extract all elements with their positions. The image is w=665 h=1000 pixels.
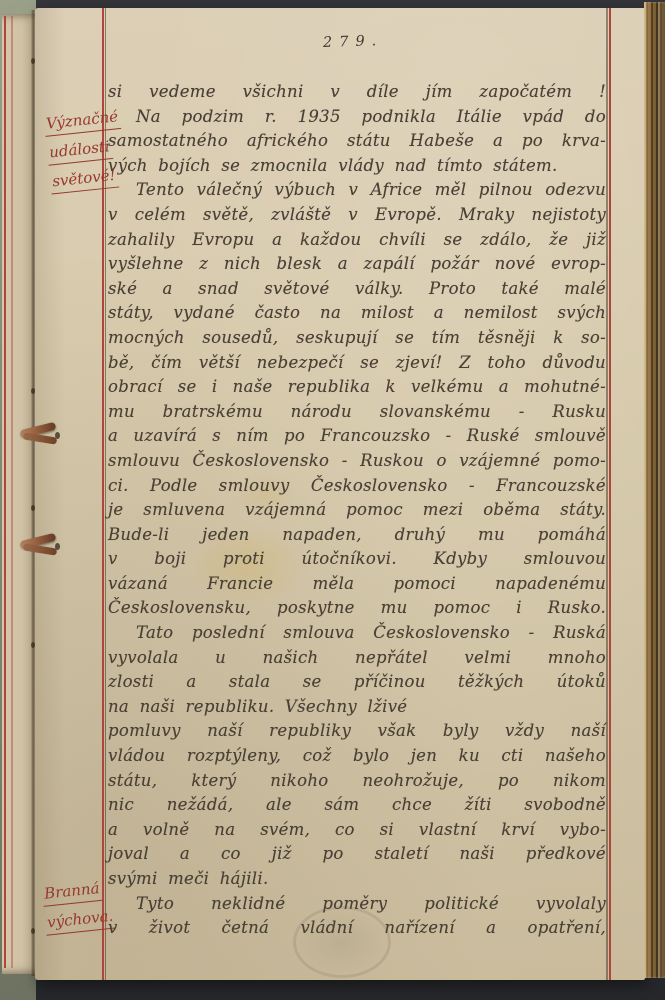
left-edge-red-rule — [4, 16, 6, 968]
manuscript-line: nic nežádá, ale sám chce žíti svobodně — [108, 793, 606, 818]
handwritten-text-block: si vedeme všichni v díle jím započatém !… — [108, 80, 606, 941]
manuscript-line: na naši republiku. Všechny lživé — [108, 695, 606, 720]
wire-hole — [55, 543, 60, 550]
left-edge-red-rule-faint — [11, 16, 13, 968]
manuscript-line: v boji proti útočníkovi. Kdyby smlouvou — [108, 547, 606, 572]
manuscript-line: ské a snad světové války. Proto také mal… — [108, 277, 606, 302]
manuscript-line: vládou rozptýleny, což bylo jen ku cti n… — [108, 744, 606, 769]
manuscript-line: Tato poslední smlouva Československo - R… — [108, 621, 606, 646]
margin-note-line: Branná — [41, 876, 103, 907]
manuscript-line: mocných sousedů, seskupují se tím těsněj… — [108, 326, 606, 351]
right-margin-dark-rule — [606, 8, 608, 980]
manuscript-line: pomluvy naší republiky však byly vždy na… — [108, 719, 606, 744]
manuscript-line: je smluvena vzájemná pomoc mezi oběma st… — [108, 498, 606, 523]
manuscript-line: Tyto neklidné poměry politické vyvolaly — [108, 892, 606, 917]
manuscript-line: smlouvu Československo - Ruskou o vzájem… — [108, 449, 606, 474]
manuscript-line: vyvolala u našich nepřátel velmi mnoho — [108, 646, 606, 671]
margin-note-line: události — [46, 134, 113, 166]
manuscript-line: obrací se i naše republika k velkému a m… — [108, 375, 606, 400]
manuscript-page: 279. Význačnéudálostisvětové! Brannávých… — [35, 8, 645, 980]
manuscript-line: v celém světě, zvláště v Evropě. Mraky n… — [108, 203, 606, 228]
photographed-book-scene: 279. Význačnéudálostisvětové! Brannávých… — [0, 0, 665, 1000]
manuscript-line: samostatného afrického státu Habeše a po… — [108, 129, 606, 154]
manuscript-line: ci. Podle smlouvy Československo - Franc… — [108, 474, 606, 499]
manuscript-line: mu bratrskému národu slovanskému - Rusku — [108, 400, 606, 425]
manuscript-line: státy, vydané často na milost a nemilost… — [108, 301, 606, 326]
manuscript-line: svými meči hájili. — [108, 867, 606, 892]
manuscript-line: vyšlehne z nich blesk a zapálí požár nov… — [108, 252, 606, 277]
margin-note-defense-education: Brannávýchova. — [41, 875, 117, 940]
margin-note-line: výchova. — [44, 903, 116, 935]
manuscript-line: Tento válečný výbuch v Africe měl pilnou… — [108, 178, 606, 203]
binding-wire-top — [20, 424, 60, 448]
manuscript-line: zahalily Evropu a každou chvíli se zdálo… — [108, 228, 606, 253]
right-page-stack-edge — [644, 2, 665, 978]
manuscript-line: v život četná vládní nařízení a opatření… — [108, 916, 606, 941]
wire-strand — [23, 543, 58, 555]
manuscript-line: zlosti a stala se příčinou těžkých útoků — [108, 670, 606, 695]
wire-strand — [23, 432, 58, 444]
manuscript-line: si vedeme všichni v díle jím započatém ! — [108, 80, 606, 105]
manuscript-line: Československu, poskytne mu pomoc i Rusk… — [108, 596, 606, 621]
manuscript-line: vých bojích se zmocnila vlády nad tímto … — [108, 154, 606, 179]
manuscript-line: joval a co již po staletí naši předkové — [108, 842, 606, 867]
binding-wire-bottom — [20, 535, 60, 559]
manuscript-line: Na podzim r. 1935 podnikla Itálie vpád d… — [108, 105, 606, 130]
manuscript-line: vázaná Francie měla pomoci napadenému — [108, 572, 606, 597]
right-margin-red-rule — [609, 8, 611, 980]
manuscript-line: a uzavírá s ním po Francouzsko - Ruské s… — [108, 424, 606, 449]
manuscript-line: Bude-li jeden napaden, druhý mu pomáhá — [108, 523, 606, 548]
page-number: 279. — [323, 33, 384, 51]
manuscript-line: a volně na svém, co si vlastní krví vybo… — [108, 818, 606, 843]
manuscript-line: státu, který nikoho neohrožuje, po nikom — [108, 769, 606, 794]
manuscript-line: bě, čím větší nebezpečí se zjeví! Z toho… — [108, 351, 606, 376]
wire-hole — [55, 432, 60, 439]
